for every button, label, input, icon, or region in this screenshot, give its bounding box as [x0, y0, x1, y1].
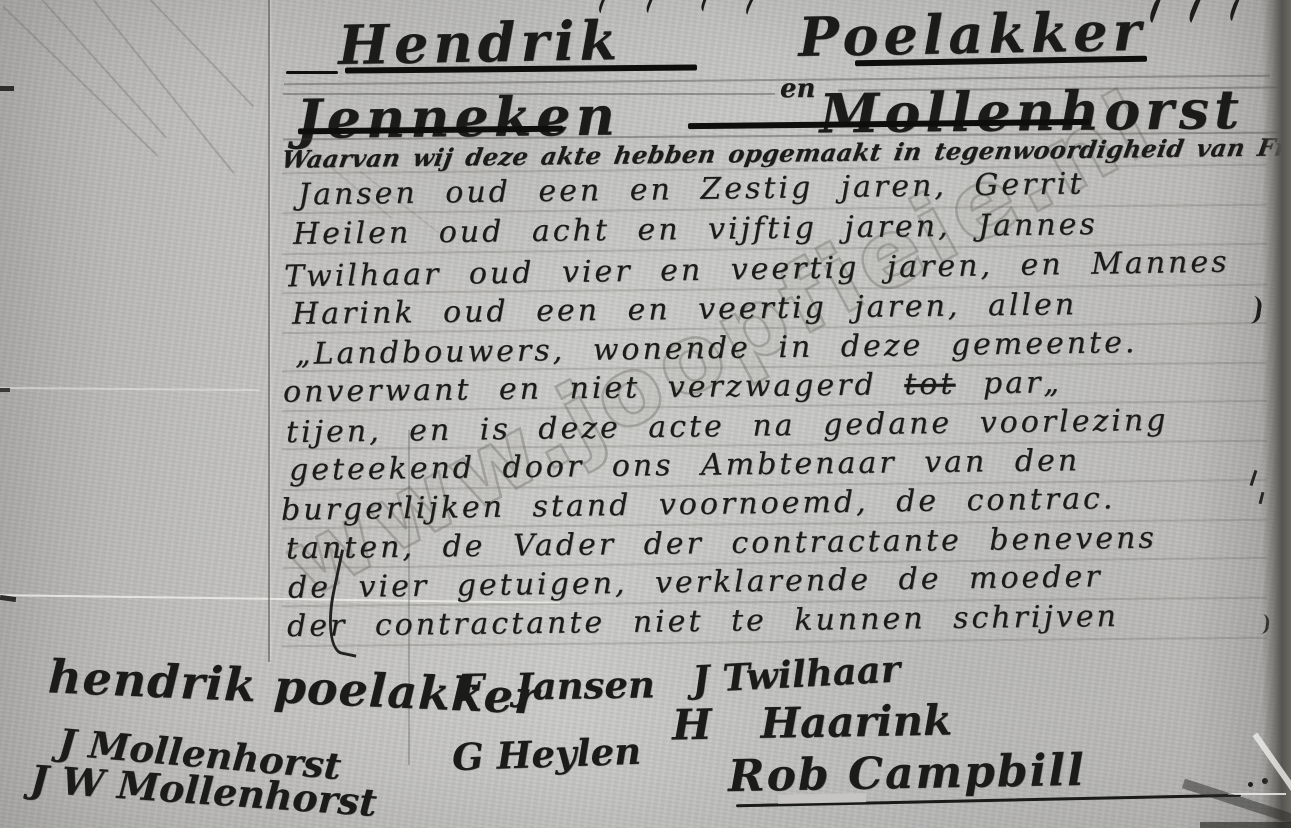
edge-mark	[0, 595, 16, 602]
edge-shadow	[1200, 822, 1291, 828]
signature-witness-haarink: H Haarink	[672, 696, 953, 750]
margin-ink-mark	[1246, 295, 1263, 325]
signature-witness-jansen: F Jansen	[458, 662, 656, 709]
document-scan: www.joopfieie.nl Hendrik Poelakker en Je…	[0, 0, 1291, 828]
page-edge	[1262, 0, 1291, 828]
body-line-7-pre: onverwant en niet verzwagerd	[283, 367, 905, 410]
scratch-mark	[149, 0, 255, 107]
scratch-mark	[0, 387, 260, 391]
scratch-mark	[3, 6, 159, 157]
signature-registrar: Rob Campbill	[728, 745, 1087, 802]
ink-dot	[1248, 782, 1253, 787]
signature-witness-heylen: G Heylen	[451, 729, 641, 780]
cut-stroke	[1228, 0, 1246, 23]
underline-bar	[286, 71, 338, 74]
fold-crease	[268, 0, 270, 662]
underline-ink-gap	[778, 793, 866, 804]
signature-witness-twilhaar: J Twilhaar	[691, 647, 901, 702]
cut-stroke	[1148, 0, 1168, 25]
cut-stroke	[1187, 0, 1208, 25]
scratch-mark	[88, 0, 234, 174]
edge-mark	[0, 388, 10, 392]
struck-word: tot	[904, 367, 956, 403]
groom-name: Hendrik Poelakker	[338, 0, 1147, 77]
body-line-7-tail: par„	[955, 365, 1062, 401]
edge-mark	[0, 86, 14, 91]
